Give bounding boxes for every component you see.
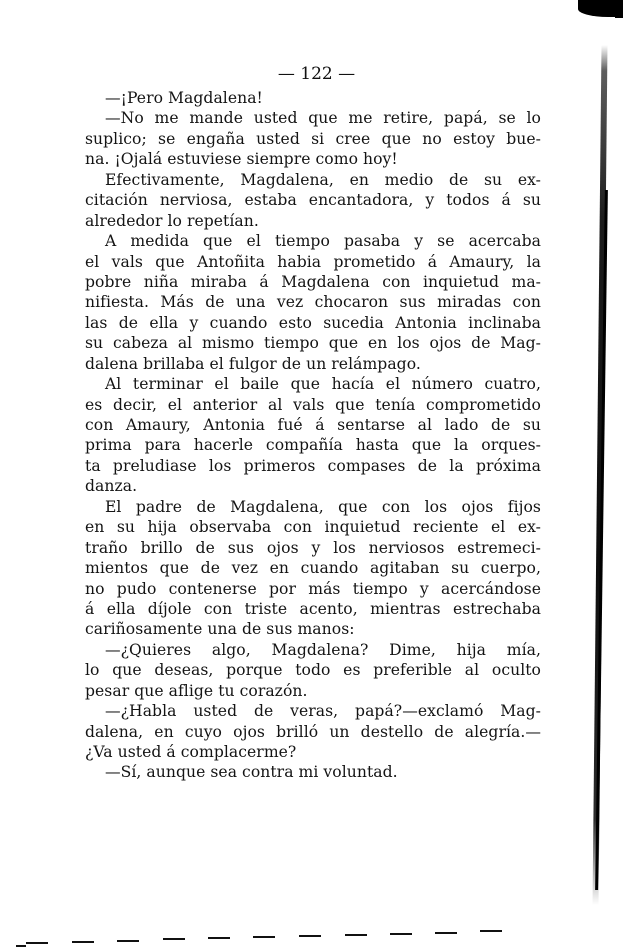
text-line: cariñosamente una de sus manos: (85, 619, 541, 639)
scan-dash (253, 936, 275, 938)
text-line: prima para hacerle compañía hasta que la… (85, 435, 541, 455)
text-line: su cabeza al mismo tiempo que en los ojo… (85, 333, 541, 353)
scan-dash (163, 938, 185, 940)
scan-dash (117, 940, 139, 942)
text-line: —¿Quieres algo, Magdalena? Dime, hija mí… (85, 640, 541, 660)
book-page: — 122 — —¡Pero Magdalena!—No me mande us… (0, 0, 623, 949)
text-line: —Sí, aunque sea contra mi voluntad. (85, 762, 541, 782)
text-line: nifiesta. Más de una vez chocaron sus mi… (85, 292, 541, 312)
scan-dash (435, 932, 457, 934)
text-line: Efectivamente, Magdalena, en medio de su… (85, 170, 541, 190)
text-line: —¡Pero Magdalena! (85, 88, 541, 108)
scan-dash (26, 942, 48, 944)
text-line: dalena, en cuyo ojos brilló un destello … (85, 722, 541, 742)
scan-dash (390, 933, 412, 935)
scan-dash (208, 937, 230, 939)
page-number: — 122 — (0, 64, 623, 84)
text-line: traño brillo de sus ojos y los nerviosos… (85, 538, 541, 558)
text-line: pobre niña miraba á Magdalena con inquie… (85, 272, 541, 292)
text-line: lo que deseas, porque todo es preferible… (85, 660, 541, 680)
text-line: ¿Va usted á complacerme? (85, 742, 541, 762)
scan-dash (345, 934, 367, 936)
text-line: —¿Habla usted de veras, papá?—exclamó Ma… (85, 701, 541, 721)
scan-edge-artifact (578, 0, 623, 17)
text-line: danza. (85, 476, 541, 496)
text-line: citación nerviosa, estaba encantadora, y… (85, 190, 541, 210)
text-line: suplico; se engaña usted si cree que no … (85, 129, 541, 149)
text-line: A medida que el tiempo pasaba y se acerc… (85, 231, 541, 251)
text-line: las de ella y cuando esto sucedia Antoni… (85, 313, 541, 333)
text-line: no pudo contenerse por más tiempo y acer… (85, 579, 541, 599)
text-line: El padre de Magdalena, que con los ojos … (85, 497, 541, 517)
text-line: dalena brillaba el fulgor de un relámpag… (85, 354, 541, 374)
scan-dash (299, 935, 321, 937)
text-line: el vals que Antoñita habia prometido á A… (85, 252, 541, 272)
text-line: pesar que aflige tu corazón. (85, 681, 541, 701)
text-line: ta preludiase los primeros compases de l… (85, 456, 541, 476)
text-line: es decir, el anterior al vals que tenía … (85, 395, 541, 415)
scan-dash (480, 930, 502, 932)
text-line: Al terminar el baile que hacía el número… (85, 374, 541, 394)
page-body-text: —¡Pero Magdalena!—No me mande usted que … (85, 88, 541, 783)
text-line: mientos que de vez en cuando agitaban su… (85, 558, 541, 578)
text-line: —No me mande usted que me retire, papá, … (85, 108, 541, 128)
text-line: á ella díjole con triste acento, mientra… (85, 599, 541, 619)
text-line: na. ¡Ojalá estuviese siempre como hoy! (85, 149, 541, 169)
scan-dash (72, 941, 94, 943)
scan-dash (16, 945, 26, 947)
text-line: con Amaury, Antonia fué á sentarse al la… (85, 415, 541, 435)
text-line: en su hija observaba con inquietud recie… (85, 517, 541, 537)
text-line: alrededor lo repetían. (85, 211, 541, 231)
